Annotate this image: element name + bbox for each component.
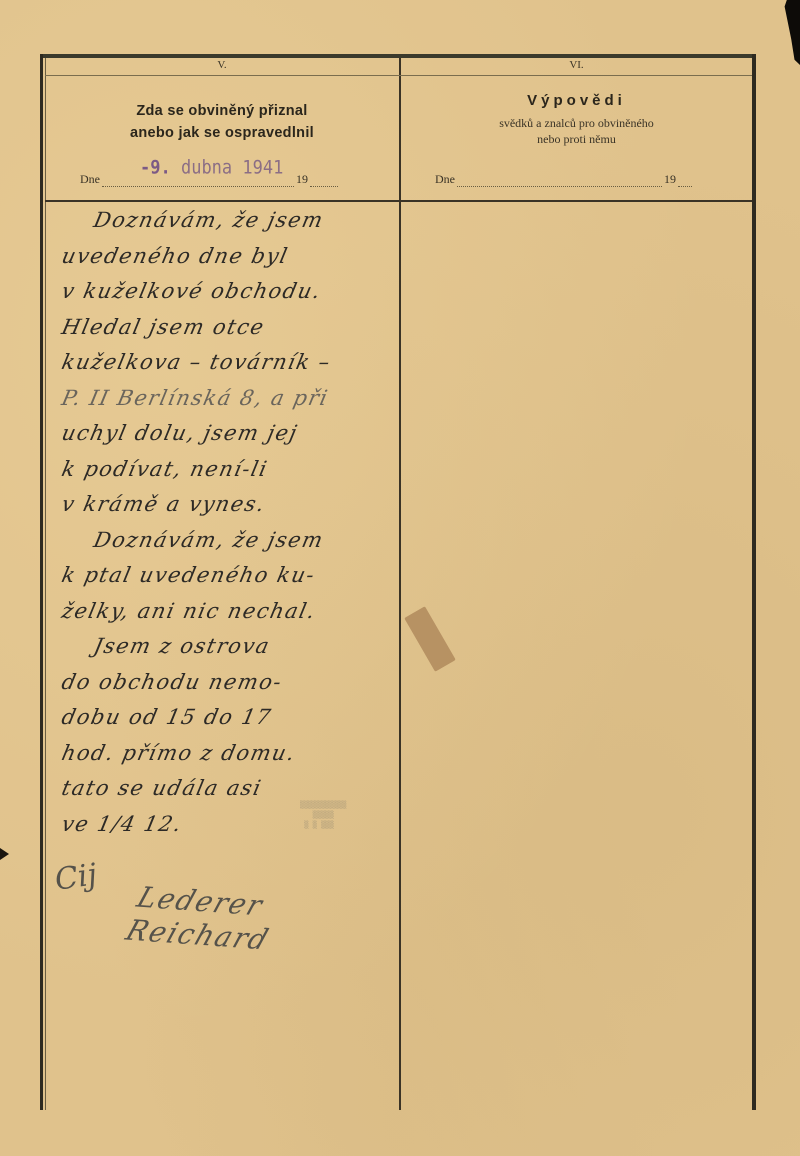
- handwritten-line: ve 1/4 12.: [58, 807, 411, 843]
- column-vi-date-label: Dne: [435, 172, 455, 187]
- handwritten-line: v kuželkové obchodu.: [58, 274, 411, 310]
- handwritten-line: dobu od 15 do 17: [58, 700, 411, 736]
- date-stamp-day: -9.: [140, 157, 171, 179]
- column-vi-number: VI.: [401, 59, 752, 71]
- handwritten-line: do obchodu nemo-: [58, 665, 411, 701]
- frame-top-border: [40, 54, 756, 58]
- column-v-number: V.: [45, 59, 399, 71]
- column-vi-date-year-prefix: 19: [664, 172, 676, 187]
- handwritten-line: kuželkova – továrník –: [58, 345, 411, 381]
- column-v-heading-line-2: anebo jak se ospravedlnil: [45, 122, 399, 144]
- frame-right-border: [752, 54, 756, 1110]
- column-number-rule: [45, 75, 752, 76]
- signature-initials: Cij: [53, 857, 99, 897]
- column-vi-date-line: Dne 19: [435, 172, 694, 187]
- handwritten-statement: Doznávám, že jsem uvedeného dne byl v ku…: [62, 203, 407, 842]
- column-v-date-year-prefix: 19: [296, 172, 308, 187]
- handwritten-line: uvedeného dne byl: [58, 239, 411, 275]
- header-bottom-rule: [45, 200, 752, 202]
- column-v-date-year-field: [310, 175, 338, 187]
- handwritten-line: Doznávám, že jsem: [58, 523, 411, 559]
- column-vi-subtitle-line-2: nebo proti němu: [401, 131, 752, 147]
- handwritten-line: Jsem z ostrova: [58, 629, 411, 665]
- handwritten-line: v krámě a vynes.: [58, 487, 411, 523]
- column-vi-date-field: [457, 175, 662, 187]
- column-vi-date-year-field: [678, 175, 692, 187]
- column-vi-subtitle: svědků a znalců pro obviněného nebo prot…: [401, 115, 752, 147]
- frame-left-inner-border: [45, 58, 46, 1110]
- faint-show-through-stamp: ▒▒▒▒▒▒▒▒▒▒▒ ▒▒▒▒▒ ▒ ▒ ▒▒▒: [300, 800, 346, 830]
- handwritten-line: Hledal jsem otce: [58, 310, 411, 346]
- torn-corner: [778, 0, 800, 65]
- column-v-date-label: Dne: [80, 172, 100, 187]
- handwritten-line: hod. přímo z domu.: [58, 736, 411, 772]
- date-stamp: -9. dubna 1941: [140, 157, 283, 179]
- edge-marker-arrow: [0, 848, 9, 860]
- frame-left-border: [40, 54, 43, 1110]
- tape-fragment: [404, 606, 456, 672]
- signature-block: Cij Lederer Reichard: [55, 860, 405, 960]
- signature-name: Lederer Reichard: [122, 880, 413, 965]
- handwritten-line: k ptal uvedeného ku-: [58, 558, 411, 594]
- column-v-heading-line-1: Zda se obviněný přiznal: [45, 100, 399, 122]
- column-v-heading: Zda se obviněný přiznal anebo jak se osp…: [45, 100, 399, 144]
- handwritten-line: k podívat, není-li: [58, 452, 411, 488]
- column-vi-subtitle-line-1: svědků a znalců pro obviněného: [401, 115, 752, 131]
- date-stamp-month-year: dubna 1941: [181, 157, 283, 179]
- handwritten-line: P. II Berlínská 8, a při: [58, 381, 411, 417]
- column-vi-title: Výpovědi: [401, 92, 752, 109]
- handwritten-line: uchyl dolu, jsem jej: [58, 416, 411, 452]
- handwritten-line: Doznávám, že jsem: [58, 203, 411, 239]
- handwritten-line: tato se udála asi: [58, 771, 411, 807]
- handwritten-line: želky, ani nic nechal.: [58, 594, 411, 630]
